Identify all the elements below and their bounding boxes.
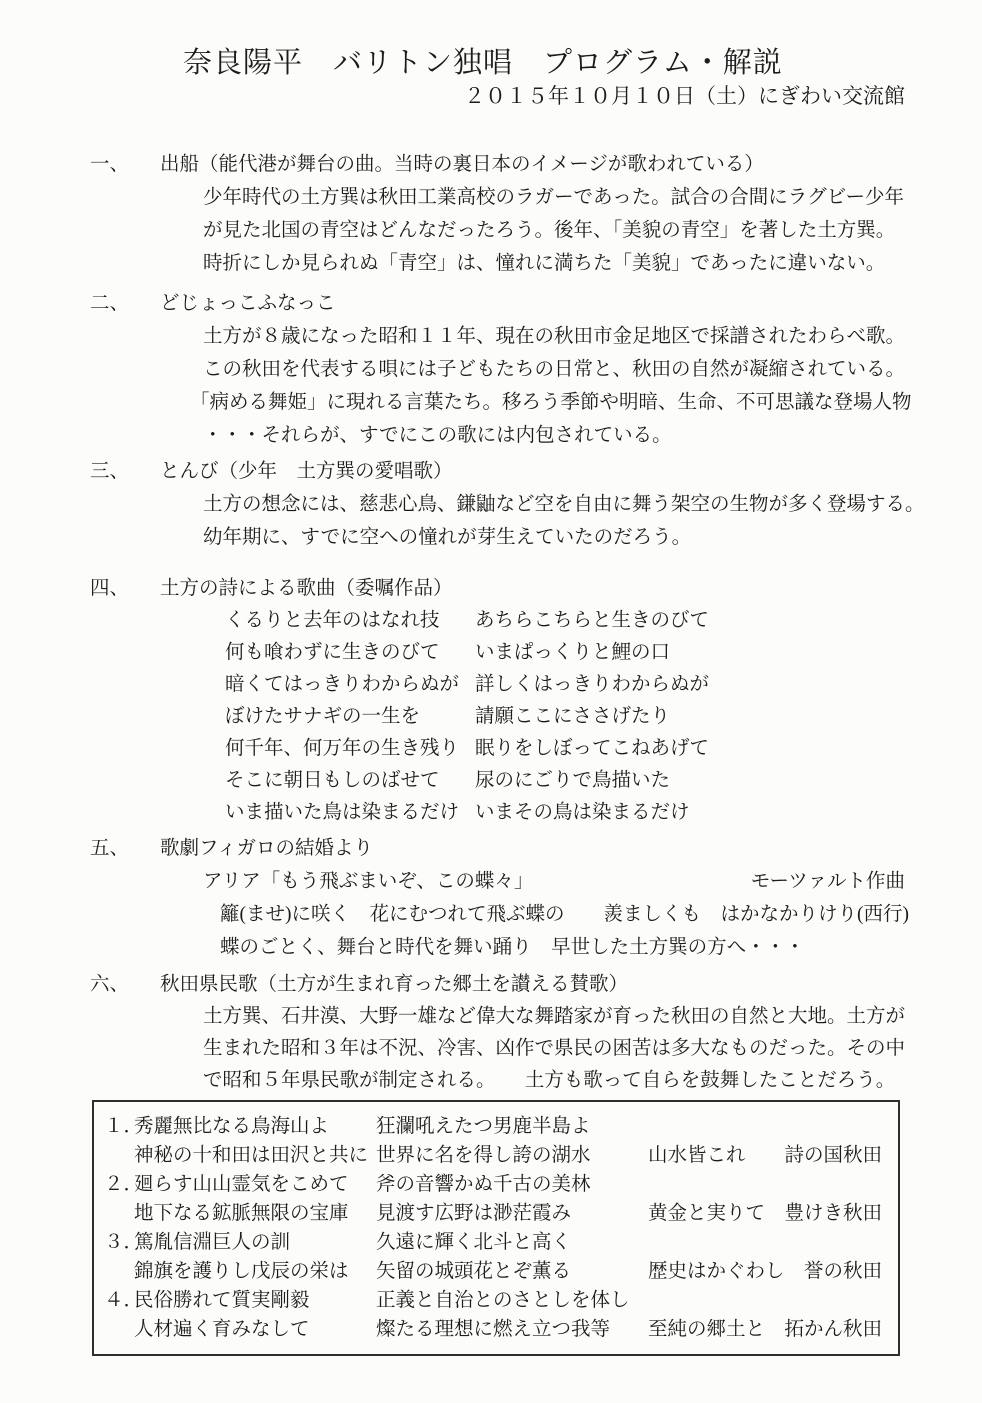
aria-title: アリア「もう飛ぶまいぞ、この蝶々」 <box>203 865 533 898</box>
section-header: 三、 とんび（少年 土方巽の愛唱歌） <box>90 455 905 488</box>
section-header: 六、 秋田県民歌（土方が生まれ育った郷土を讃える賛歌） <box>90 968 905 1001</box>
section-title: とんび（少年 土方巽の愛唱歌） <box>160 455 453 488</box>
body-line: 土方が８歳になった昭和１１年、現在の秋田市金足地区で採譜されたわらべ歌。 <box>203 320 905 353</box>
anthem-refrain: 至純の郷土と 拓かん秋田 <box>648 1315 888 1344</box>
body-line: 土方の想念には、慈悲心鳥、鎌鼬など空を自由に舞う架空の生物が多く登場する。 <box>203 488 905 521</box>
stanza-number: ４． <box>104 1286 134 1315</box>
anthem-line: ３． 篤胤信淵巨人の訓 久遠に輝く北斗と高く <box>104 1228 888 1257</box>
anthem-phrase: 久遠に輝く北斗と高く <box>376 1228 648 1257</box>
poem-line-right: いまぱっくりと鯉の口 <box>475 637 670 669</box>
poem-line-right: いまその鳥は染まるだけ <box>475 797 690 829</box>
section-body: 土方が８歳になった昭和１１年、現在の秋田市金足地区で採譜されたわらべ歌。 この秋… <box>203 320 905 452</box>
anthem-phrase: 世界に名を得し誇の湖水 <box>376 1141 648 1170</box>
body-line: 土方巽、石井漠、大野一雄など偉大な舞踏家が育った秋田の自然と大地。土方が <box>203 1001 905 1033</box>
body-line: で昭和５年県民歌が制定される。 土方も歌って自らを鼓舞したことだろう。 <box>203 1065 905 1097</box>
poem-line-left: ぼけたサナギの一生を <box>225 701 475 733</box>
section-number: 四、 <box>90 572 160 605</box>
event-date-venue: ２０１５年１０月１０日（土）にぎわい交流館 <box>90 81 905 111</box>
anthem-refrain: 歴史はかぐわし 誉の秋田 <box>648 1257 888 1286</box>
aria-row: アリア「もう飛ぶまいぞ、この蝶々」 モーツァルト作曲 <box>203 865 905 898</box>
section-defune: 一、 出船（能代港が舞台の曲。当時の裏日本のイメージが歌われている） 少年時代の… <box>90 148 905 280</box>
anthem-refrain: 山水皆これ 詩の国秋田 <box>648 1141 888 1170</box>
section-title: 出船（能代港が舞台の曲。当時の裏日本のイメージが歌われている） <box>160 148 764 181</box>
poem-line-left: そこに朝日もしのばせて <box>225 765 475 797</box>
anthem-phrase: 廻らす山山霊気をこめて <box>134 1170 376 1199</box>
anthem-phrase: 地下なる鉱脈無限の宝庫 <box>134 1199 376 1228</box>
document-content: 奈良陽平 バリトン独唱 プログラム・解説 ２０１５年１０月１０日（土）にぎわい交… <box>0 0 982 1356</box>
anthem-line: １． 秀麗無比なる鳥海山よ 狂瀾吼えたつ男鹿半島よ <box>104 1112 888 1141</box>
section-hijikata-songs: 四、 土方の詩による歌曲（委嘱作品） くるりと去年のはなれ技 あちらこちらと生き… <box>90 572 905 829</box>
anthem-refrain <box>648 1112 888 1141</box>
body-line: 蝶のごとく、舞台と時代を舞い踊り 早世した土方巽の方へ・・・ <box>220 931 905 964</box>
section-dojokko: 二、 どじょっこふなっこ 土方が８歳になった昭和１１年、現在の秋田市金足地区で採… <box>90 287 905 452</box>
anthem-phrase: 民俗勝れて質実剛毅 <box>134 1286 376 1315</box>
anthem-phrase: 正義と自治とのさとしを体し <box>376 1286 648 1315</box>
stanza-number: １． <box>104 1112 134 1141</box>
stanza-number <box>104 1141 134 1170</box>
body-line: 時折にしか見られぬ「青空」は、憧れに満ちた「美貌」であったに違いない。 <box>203 247 905 280</box>
section-figaro: 五、 歌劇フィガロの結婚より アリア「もう飛ぶまいぞ、この蝶々」 モーツァルト作… <box>90 832 905 964</box>
body-line: 少年時代の土方巽は秋田工業高校のラガーであった。試合の合間にラグビー少年 <box>203 181 905 214</box>
anthem-phrase: 錦旗を護りし戊辰の栄は <box>134 1257 376 1286</box>
section-title: どじょっこふなっこ <box>160 287 336 320</box>
section-title: 秋田県民歌（土方が生まれ育った郷土を讃える賛歌） <box>160 968 628 1001</box>
poem-line-right: 詳しくはっきりわからぬが <box>475 669 709 701</box>
section-number: 三、 <box>90 455 160 488</box>
section-title: 土方の詩による歌曲（委嘱作品） <box>160 572 453 605</box>
anthem-line: ４． 民俗勝れて質実剛毅 正義と自治とのさとしを体し <box>104 1286 888 1315</box>
section-header: 二、 どじょっこふなっこ <box>90 287 905 320</box>
section-header: 四、 土方の詩による歌曲（委嘱作品） <box>90 572 905 605</box>
anthem-phrase: 人材遍く育みなして <box>134 1315 376 1344</box>
stanza-number <box>104 1199 134 1228</box>
poem-line-left: 暗くてはっきりわからぬが <box>225 669 475 701</box>
poem-couplet: そこに朝日もしのばせて 尿のにごりで鳥描いた <box>225 765 905 797</box>
poem-couplet: くるりと去年のはなれ技 あちらこちらと生きのびて <box>225 605 905 637</box>
body-line: 「病める舞姫」に現れる言葉たち。移ろう季節や明暗、生命、不可思議な登場人物 <box>190 386 905 419</box>
poem-line-right: 眠りをしぼってこねあげて <box>475 733 709 765</box>
anthem-phrase: 斧の音響かぬ千古の美林 <box>376 1170 648 1199</box>
anthem-refrain <box>648 1170 888 1199</box>
section-body: 籬(ませ)に咲く 花にむつれて飛ぶ蝶の 羨ましくも はかなかりけり(西行) 蝶の… <box>220 898 905 964</box>
anthem-lyrics-box: １． 秀麗無比なる鳥海山よ 狂瀾吼えたつ男鹿半島よ 神秘の十和田は田沢と共に 世… <box>92 1100 900 1356</box>
anthem-refrain <box>648 1286 888 1315</box>
anthem-phrase: 見渡す広野は渺茫霞み <box>376 1199 648 1228</box>
anthem-refrain: 黄金と実りて 豊けき秋田 <box>648 1199 888 1228</box>
section-number: 二、 <box>90 287 160 320</box>
anthem-line: 神秘の十和田は田沢と共に 世界に名を得し誇の湖水 山水皆これ 詩の国秋田 <box>104 1141 888 1170</box>
stanza-number: ２． <box>104 1170 134 1199</box>
poem-couplet: いま描いた鳥は染まるだけ いまその鳥は染まるだけ <box>225 797 905 829</box>
section-number: 五、 <box>90 832 160 865</box>
anthem-line: ２． 廻らす山山霊気をこめて 斧の音響かぬ千古の美林 <box>104 1170 888 1199</box>
section-tonbi: 三、 とんび（少年 土方巽の愛唱歌） 土方の想念には、慈悲心鳥、鎌鼬など空を自由… <box>90 455 905 554</box>
anthem-line: 人材遍く育みなして 燦たる理想に燃え立つ我等 至純の郷土と 拓かん秋田 <box>104 1315 888 1344</box>
section-akita-anthem: 六、 秋田県民歌（土方が生まれ育った郷土を讃える賛歌） 土方巽、石井漠、大野一雄… <box>90 968 905 1097</box>
poem-couplet: ぼけたサナギの一生を 請願ここにささげたり <box>225 701 905 733</box>
anthem-phrase: 矢留の城頭花とぞ薫る <box>376 1257 648 1286</box>
anthem-phrase: 篤胤信淵巨人の訓 <box>134 1228 376 1257</box>
anthem-refrain <box>648 1228 888 1257</box>
body-line: 籬(ませ)に咲く 花にむつれて飛ぶ蝶の 羨ましくも はかなかりけり(西行) <box>220 898 905 931</box>
poem-text: くるりと去年のはなれ技 あちらこちらと生きのびて 何も喰わずに生きのびて いまぱ… <box>225 605 905 829</box>
section-header: 一、 出船（能代港が舞台の曲。当時の裏日本のイメージが歌われている） <box>90 148 905 181</box>
page-title: 奈良陽平 バリトン独唱 プログラム・解説 <box>183 45 905 81</box>
body-line: 幼年期に、すでに空への憧れが芽生えていたのだろう。 <box>203 521 905 554</box>
anthem-phrase: 狂瀾吼えたつ男鹿半島よ <box>376 1112 648 1141</box>
document-page: 奈良陽平 バリトン独唱 プログラム・解説 ２０１５年１０月１０日（土）にぎわい交… <box>0 0 982 1403</box>
body-line: が見た北国の青空はどんなだったろう。後年、「美貌の青空」を著した土方巽。 <box>203 214 905 247</box>
stanza-number: ３． <box>104 1228 134 1257</box>
poem-couplet: 何も喰わずに生きのびて いまぱっくりと鯉の口 <box>225 637 905 669</box>
stanza-number <box>104 1257 134 1286</box>
anthem-phrase: 秀麗無比なる鳥海山よ <box>134 1112 376 1141</box>
poem-line-left: いま描いた鳥は染まるだけ <box>225 797 475 829</box>
section-body: 土方巽、石井漠、大野一雄など偉大な舞踏家が育った秋田の自然と大地。土方が 生まれ… <box>203 1001 905 1097</box>
anthem-phrase: 神秘の十和田は田沢と共に <box>134 1141 376 1170</box>
poem-couplet: 何千年、何万年の生き残り 眠りをしぼってこねあげて <box>225 733 905 765</box>
body-line: この秋田を代表する唄には子どもたちの日常と、秋田の自然が凝縮されている。 <box>203 353 905 386</box>
section-title: 歌劇フィガロの結婚より <box>160 832 373 865</box>
poem-line-right: あちらこちらと生きのびて <box>475 605 709 637</box>
section-number: 六、 <box>90 968 160 1001</box>
body-line: 生まれた昭和３年は不況、冷害、凶作で県民の困苦は多大なものだった。その中 <box>203 1033 905 1065</box>
stanza-number <box>104 1315 134 1344</box>
anthem-phrase: 燦たる理想に燃え立つ我等 <box>376 1315 648 1344</box>
poem-line-left: くるりと去年のはなれ技 <box>225 605 475 637</box>
body-line: ・・・それらが、すでにこの歌には内包されている。 <box>203 419 905 452</box>
section-number: 一、 <box>90 148 160 181</box>
section-body: 土方の想念には、慈悲心鳥、鎌鼬など空を自由に舞う架空の生物が多く登場する。 幼年… <box>203 488 905 554</box>
poem-line-right: 尿のにごりで鳥描いた <box>475 765 670 797</box>
poem-line-left: 何も喰わずに生きのびて <box>225 637 475 669</box>
section-header: 五、 歌劇フィガロの結婚より <box>90 832 905 865</box>
composer-credit: モーツァルト作曲 <box>751 865 905 898</box>
anthem-line: 錦旗を護りし戊辰の栄は 矢留の城頭花とぞ薫る 歴史はかぐわし 誉の秋田 <box>104 1257 888 1286</box>
poem-line-left: 何千年、何万年の生き残り <box>225 733 475 765</box>
section-body: 少年時代の土方巽は秋田工業高校のラガーであった。試合の合間にラグビー少年 が見た… <box>203 181 905 280</box>
poem-couplet: 暗くてはっきりわからぬが 詳しくはっきりわからぬが <box>225 669 905 701</box>
poem-line-right: 請願ここにささげたり <box>475 701 670 733</box>
anthem-line: 地下なる鉱脈無限の宝庫 見渡す広野は渺茫霞み 黄金と実りて 豊けき秋田 <box>104 1199 888 1228</box>
